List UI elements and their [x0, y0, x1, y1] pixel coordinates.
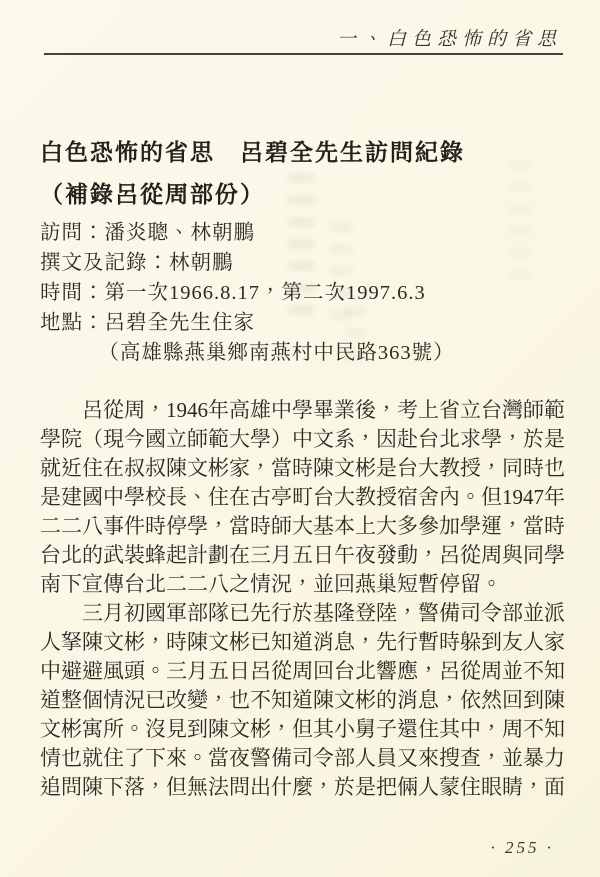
body-paragraph-2: 三月初國軍部隊已先行於基隆登陸，警備司令部並派人拏陳文彬，時陳文彬已知道消息，先…: [40, 599, 565, 802]
running-title: 一、白色恐怖的省思: [337, 29, 562, 50]
meta-line-writer-recorder: 撰文及記錄：林朝鵬: [40, 248, 564, 278]
meta-line-location: 地點：呂碧全先生住家: [40, 308, 564, 338]
meta-line-address: （高雄縣燕巢鄉南燕村中民路363號）: [40, 338, 564, 368]
body-paragraph-1: 呂從周，1946年高雄中學畢業後，考上省立台灣師範學院（現今國立師範大學）中文系…: [40, 396, 565, 599]
header-rule: [44, 53, 563, 55]
page-number: · 255 ·: [491, 838, 555, 858]
document-subtitle: （補錄呂從周部份）: [40, 176, 265, 209]
metadata-block: 訪問：潘炎聰、林朝鵬 撰文及記錄：林朝鵬 時間：第一次1966.8.17，第二次…: [40, 218, 564, 368]
document-title: 白色恐怖的省思 呂碧全先生訪問紀錄: [40, 134, 465, 167]
meta-line-interviewers: 訪問：潘炎聰、林朝鵬: [40, 218, 564, 248]
document-page: 一、白色恐怖的省思 白色恐怖的省思 呂碧全先生訪問紀錄 （補錄呂從周部份） 訪問…: [0, 0, 600, 877]
meta-line-time: 時間：第一次1966.8.17，第二次1997.6.3: [40, 278, 564, 308]
running-header: 一、白色恐怖的省思: [337, 24, 562, 51]
body-text: 呂從周，1946年高雄中學畢業後，考上省立台灣師範學院（現今國立師範大學）中文系…: [40, 396, 565, 802]
